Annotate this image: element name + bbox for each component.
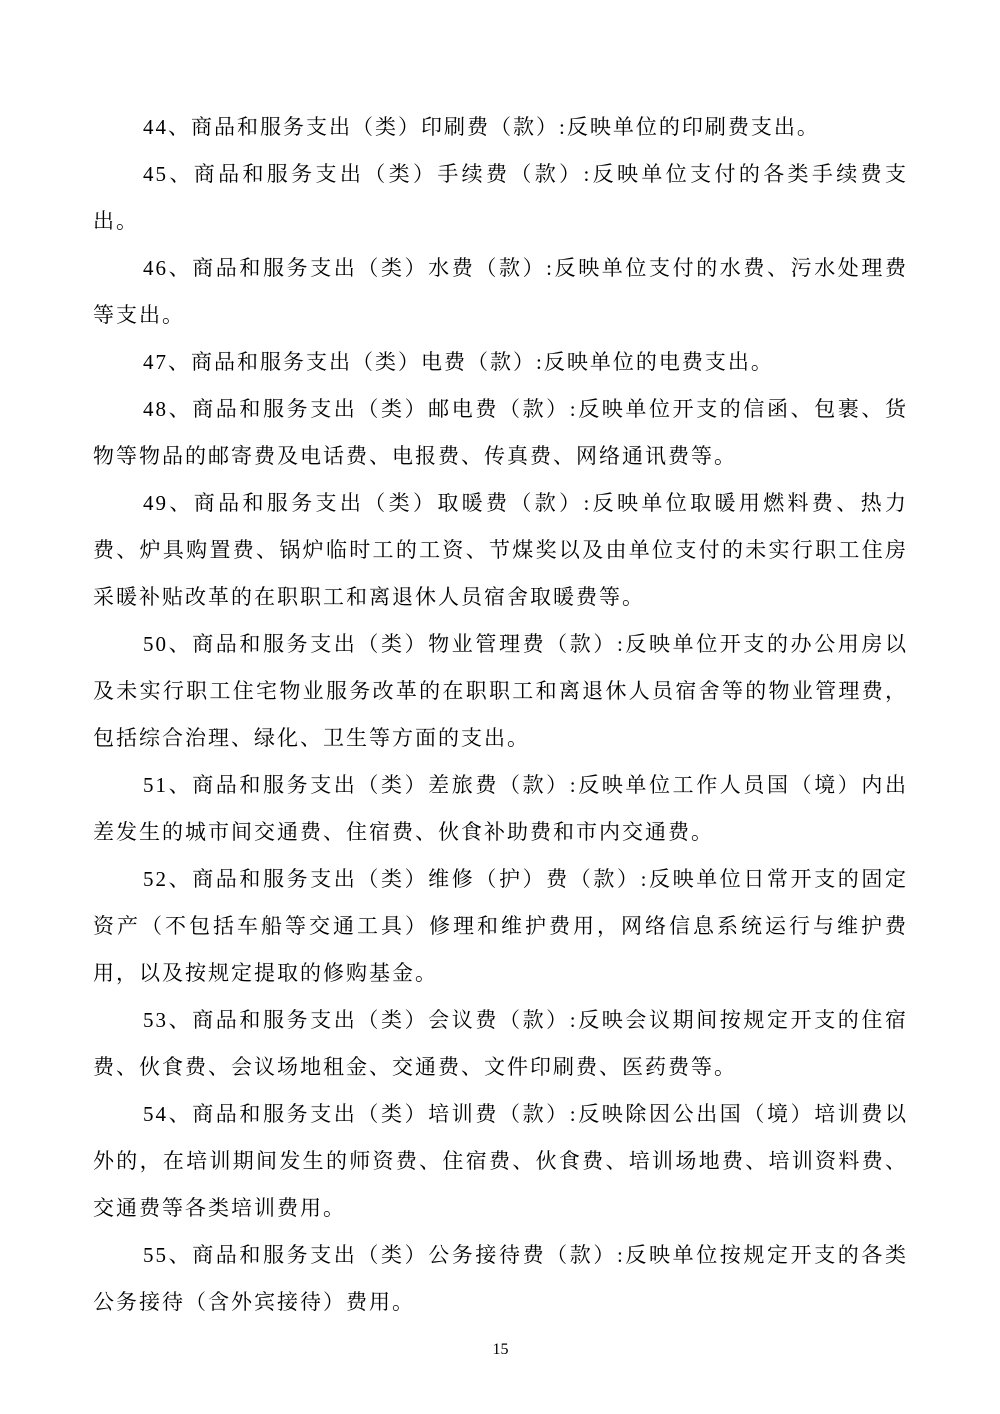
paragraph-item-47: 47、商品和服务支出（类）电费（款）:反映单位的电费支出。 [93, 339, 908, 386]
paragraph-item-45: 45、商品和服务支出（类）手续费（款）:反映单位支付的各类手续费支出。 [93, 151, 908, 245]
paragraph-item-53: 53、商品和服务支出（类）会议费（款）:反映会议期间按规定开支的住宿费、伙食费、… [93, 997, 908, 1091]
paragraph-item-44: 44、商品和服务支出（类）印刷费（款）:反映单位的印刷费支出。 [93, 104, 908, 151]
document-body: 44、商品和服务支出（类）印刷费（款）:反映单位的印刷费支出。 45、商品和服务… [93, 104, 908, 1326]
paragraph-item-50: 50、商品和服务支出（类）物业管理费（款）:反映单位开支的办公用房以及未实行职工… [93, 621, 908, 762]
page-number: 15 [93, 1340, 908, 1360]
paragraph-item-51: 51、商品和服务支出（类）差旅费（款）:反映单位工作人员国（境）内出差发生的城市… [93, 762, 908, 856]
paragraph-item-48: 48、商品和服务支出（类）邮电费（款）:反映单位开支的信函、包裹、货物等物品的邮… [93, 386, 908, 480]
paragraph-item-55: 55、商品和服务支出（类）公务接待费（款）:反映单位按规定开支的各类公务接待（含… [93, 1232, 908, 1326]
paragraph-item-46: 46、商品和服务支出（类）水费（款）:反映单位支付的水费、污水处理费等支出。 [93, 245, 908, 339]
paragraph-item-52: 52、商品和服务支出（类）维修（护）费（款）:反映单位日常开支的固定资产（不包括… [93, 856, 908, 997]
document-page: 44、商品和服务支出（类）印刷费（款）:反映单位的印刷费支出。 45、商品和服务… [0, 0, 1000, 1414]
paragraph-item-54: 54、商品和服务支出（类）培训费（款）:反映除因公出国（境）培训费以外的，在培训… [93, 1091, 908, 1232]
paragraph-item-49: 49、商品和服务支出（类）取暖费（款）:反映单位取暖用燃料费、热力费、炉具购置费… [93, 480, 908, 621]
